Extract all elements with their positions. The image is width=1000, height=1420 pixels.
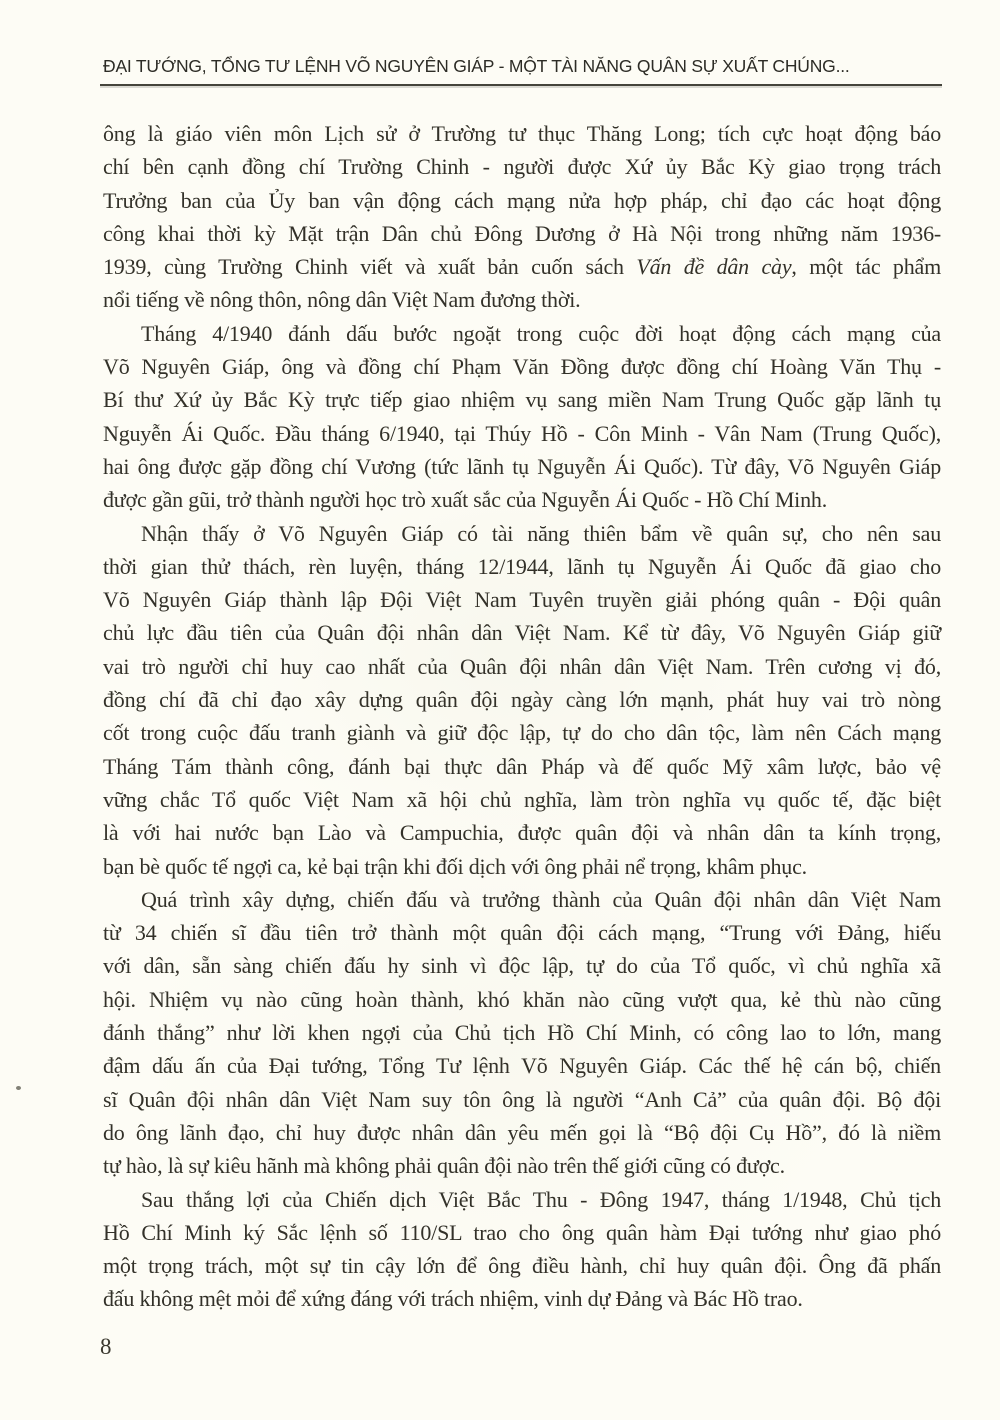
text-line: đậm dấu ấn của Đại tướng, Tổng Tư lệnh V… bbox=[103, 1049, 941, 1082]
text-line: một trọng trách, một sự tin cậy lớn để ô… bbox=[103, 1249, 941, 1282]
text-line: Sau thắng lợi của Chiến dịch Việt Bắc Th… bbox=[103, 1183, 941, 1216]
page-number: 8 bbox=[100, 1334, 112, 1360]
text-line: Quá trình xây dựng, chiến đấu và trưởng … bbox=[103, 883, 941, 916]
text-line: chủ lực đầu tiên của Quân đội nhân dân V… bbox=[103, 616, 941, 649]
text-line: thời gian thử thách, rèn luyện, tháng 12… bbox=[103, 550, 941, 583]
body-text: ông là giáo viên môn Lịch sử ở Trường tư… bbox=[103, 117, 941, 1316]
text-line: Võ Nguyên Giáp thành lập Đội Việt Nam Tu… bbox=[103, 583, 941, 616]
text-line: tự hào, là sự kiêu hãnh mà không phải qu… bbox=[103, 1149, 941, 1182]
text-line: Trưởng ban của Ủy ban vận động cách mạng… bbox=[103, 184, 941, 217]
text-line: công khai thời kỳ Mặt trận Dân chủ Đông … bbox=[103, 217, 941, 250]
text-line: từ 34 chiến sĩ đầu tiên trở thành một qu… bbox=[103, 916, 941, 949]
text-line: vững chắc Tổ quốc Việt Nam xã hội chủ ng… bbox=[103, 783, 941, 816]
text-segment: 1939, cùng Trường Chinh viết và xuất bản… bbox=[103, 254, 636, 279]
italic-book-title: Vấn đề dân cày bbox=[636, 254, 791, 279]
text-line: bạn bè quốc tế ngợi ca, kẻ bại trận khi … bbox=[103, 850, 941, 883]
text-line: Võ Nguyên Giáp, ông và đồng chí Phạm Văn… bbox=[103, 350, 941, 383]
text-line: với dân, sẵn sàng chiến đấu hy sinh vì đ… bbox=[103, 949, 941, 982]
text-line: đấu không mệt mỏi để xứng đáng với trách… bbox=[103, 1282, 941, 1315]
header-rule bbox=[100, 84, 942, 86]
book-page: ĐẠI TƯỚNG, TỔNG TƯ LỆNH VÕ NGUYÊN GIÁP -… bbox=[0, 0, 1000, 1420]
text-line: chí bên cạnh đồng chí Trường Chinh - ngư… bbox=[103, 150, 941, 183]
text-line: ông là giáo viên môn Lịch sử ở Trường tư… bbox=[103, 117, 941, 150]
text-line: cốt trong cuộc đấu tranh giành và giữ độ… bbox=[103, 716, 941, 749]
text-line: Bí thư Xứ ủy Bắc Kỳ trực tiếp giao nhiệm… bbox=[103, 383, 941, 416]
text-segment: , một tác phẩm bbox=[791, 254, 941, 279]
text-line: vai trò người chỉ huy cao nhất của Quân … bbox=[103, 650, 941, 683]
text-line: nổi tiếng về nông thôn, nông dân Việt Na… bbox=[103, 283, 941, 316]
text-line: sĩ Quân đội nhân dân Việt Nam suy tôn ôn… bbox=[103, 1083, 941, 1116]
scan-speck bbox=[16, 1086, 21, 1090]
text-line: Tháng Tám thành công, đánh bại thực dân … bbox=[103, 750, 941, 783]
text-line: đồng chí đã chỉ đạo xây dựng quân đội ng… bbox=[103, 683, 941, 716]
text-line: được gần gũi, trở thành người học trò xu… bbox=[103, 483, 941, 516]
text-line: Nguyễn Ái Quốc. Đầu tháng 6/1940, tại Th… bbox=[103, 417, 941, 450]
text-line: là với hai nước bạn Lào và Campuchia, đư… bbox=[103, 816, 941, 849]
text-line: Hồ Chí Minh ký Sắc lệnh số 110/SL trao c… bbox=[103, 1216, 941, 1249]
text-line: Nhận thấy ở Võ Nguyên Giáp có tài năng t… bbox=[103, 517, 941, 550]
running-header-title: ĐẠI TƯỚNG, TỔNG TƯ LỆNH VÕ NGUYÊN GIÁP -… bbox=[103, 56, 948, 77]
text-line: 1939, cùng Trường Chinh viết và xuất bản… bbox=[103, 250, 941, 283]
text-line: hội. Nhiệm vụ nào cũng hoàn thành, khó k… bbox=[103, 983, 941, 1016]
text-line: hai ông được gặp đồng chí Vương (tức lãn… bbox=[103, 450, 941, 483]
text-line: Tháng 4/1940 đánh dấu bước ngoặt trong c… bbox=[103, 317, 941, 350]
text-line: do ông lãnh đạo, chỉ huy được nhân dân y… bbox=[103, 1116, 941, 1149]
text-line: đánh thắng” như lời khen ngợi của Chủ tị… bbox=[103, 1016, 941, 1049]
